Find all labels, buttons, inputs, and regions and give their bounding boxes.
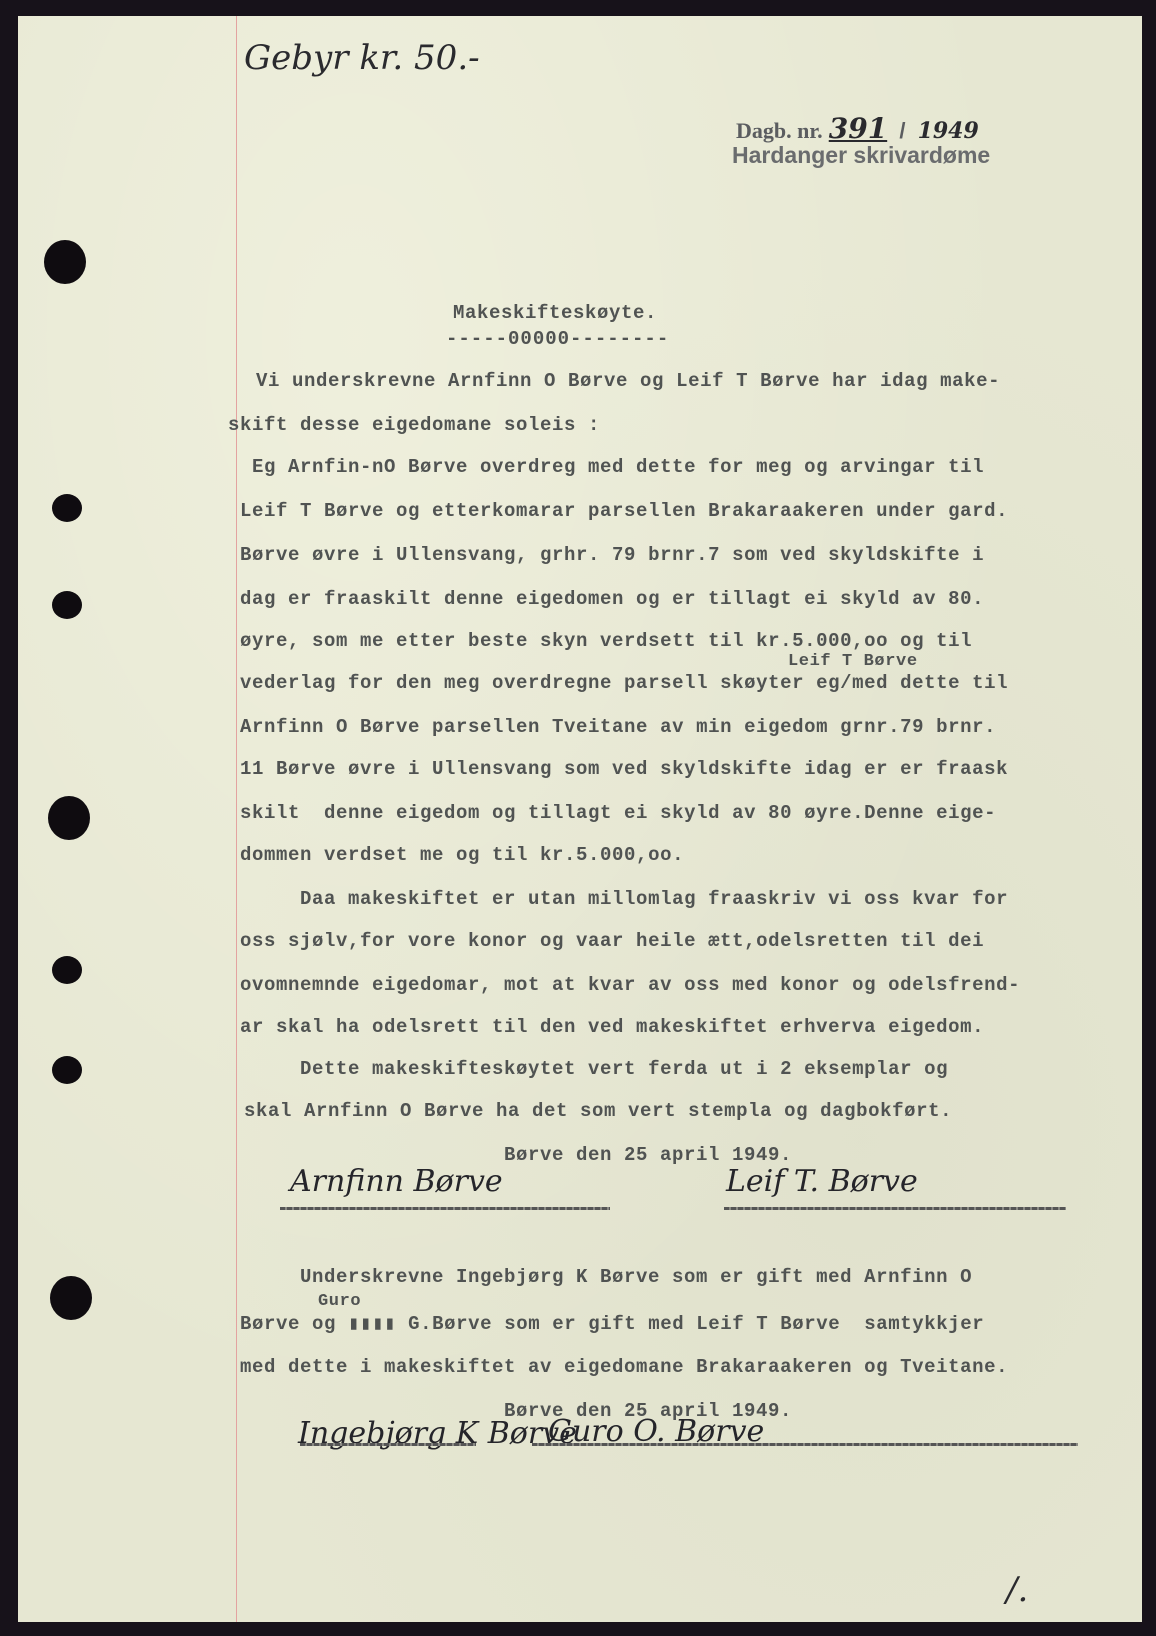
signature-line	[724, 1207, 1066, 1210]
punch-hole	[44, 240, 86, 284]
consent-line: Underskrevne Ingebjørg K Børve som er gi…	[300, 1266, 972, 1288]
handwritten-fee: Gebyr kr. 50.-	[244, 38, 480, 78]
page-mark: /.	[1006, 1570, 1028, 1610]
consent-line: Børve og ▮▮▮▮ G.Børve som er gift med Le…	[240, 1312, 984, 1335]
punch-hole	[52, 956, 82, 984]
punch-hole	[48, 796, 90, 840]
signature-line	[532, 1443, 1078, 1446]
body-line: Daa makeskiftet er utan millomlag fraask…	[240, 888, 1008, 910]
stamp-separator: /	[893, 118, 911, 143]
stamp-number: 391	[829, 112, 887, 145]
body-line: Dette makeskifteskøytet vert ferda ut i …	[240, 1058, 948, 1080]
body-line: Vi underskrevne Arnfinn O Børve og Leif …	[256, 370, 1000, 392]
body-line: Leif T Børve og etterkomarar parsellen B…	[240, 500, 1008, 522]
registry-stamp-line2: Hardanger skrivardøme	[732, 142, 990, 169]
registry-stamp-line1: Dagb. nr. 391 / 1949	[736, 112, 979, 145]
body-line: ar skal ha odelsrett til den ved makeski…	[240, 1016, 984, 1038]
body-line: ovomnemnde eigedomar, mot at kvar av oss…	[240, 974, 1020, 996]
punch-hole	[52, 591, 82, 619]
title-rule: -----00000--------	[446, 328, 669, 350]
body-line: Børve øvre i Ullensvang, grhr. 79 brnr.7…	[240, 544, 984, 566]
consent-insert: Guro	[318, 1292, 361, 1311]
stamp-prefix: Dagb. nr.	[736, 118, 823, 143]
body-line: skift desse eigedomane soleis :	[228, 414, 600, 436]
body-line: Arnfinn O Børve parsellen Tveitane av mi…	[240, 716, 996, 738]
body-line: vederlag for den meg overdregne parsell …	[240, 672, 1008, 694]
margin-rule	[236, 16, 237, 1622]
punch-hole	[52, 494, 82, 522]
stamp-year: 1949	[918, 118, 979, 144]
body-line: Eg Arnfin-nO Børve overdreg med dette fo…	[252, 456, 984, 478]
consent-line: med dette i makeskiftet av eigedomane Br…	[240, 1356, 1008, 1378]
body-line: oss sjølv,for vore konor og vaar heile æ…	[240, 930, 984, 952]
signature-arnfinn: Arnfinn Børve	[290, 1164, 503, 1199]
body-line: dommen verdset me og til kr.5.000,oo.	[240, 844, 684, 866]
document-title: Makeskifteskøyte.	[453, 302, 657, 324]
signature-line	[300, 1443, 476, 1446]
date-line: Børve den 25 april 1949.	[504, 1144, 792, 1166]
body-line: 11 Børve øvre i Ullensvang som ved skyld…	[240, 758, 1008, 780]
punch-hole	[52, 1056, 82, 1084]
body-line: skilt denne eigedom og tillagt ei skyld …	[240, 802, 996, 824]
body-line: skal Arnfinn O Børve ha det som vert ste…	[244, 1100, 952, 1122]
document-page: Gebyr kr. 50.- Dagb. nr. 391 / 1949 Hard…	[18, 16, 1142, 1622]
signature-line	[280, 1207, 610, 1210]
signature-leif: Leif T. Børve	[726, 1164, 918, 1199]
body-line: dag er fraaskilt denne eigedomen og er t…	[240, 588, 984, 610]
interlinear-insert: Leif T Børve	[788, 652, 918, 671]
body-line: øyre, som me etter beste skyn verdsett t…	[240, 630, 972, 652]
punch-hole	[50, 1276, 92, 1320]
